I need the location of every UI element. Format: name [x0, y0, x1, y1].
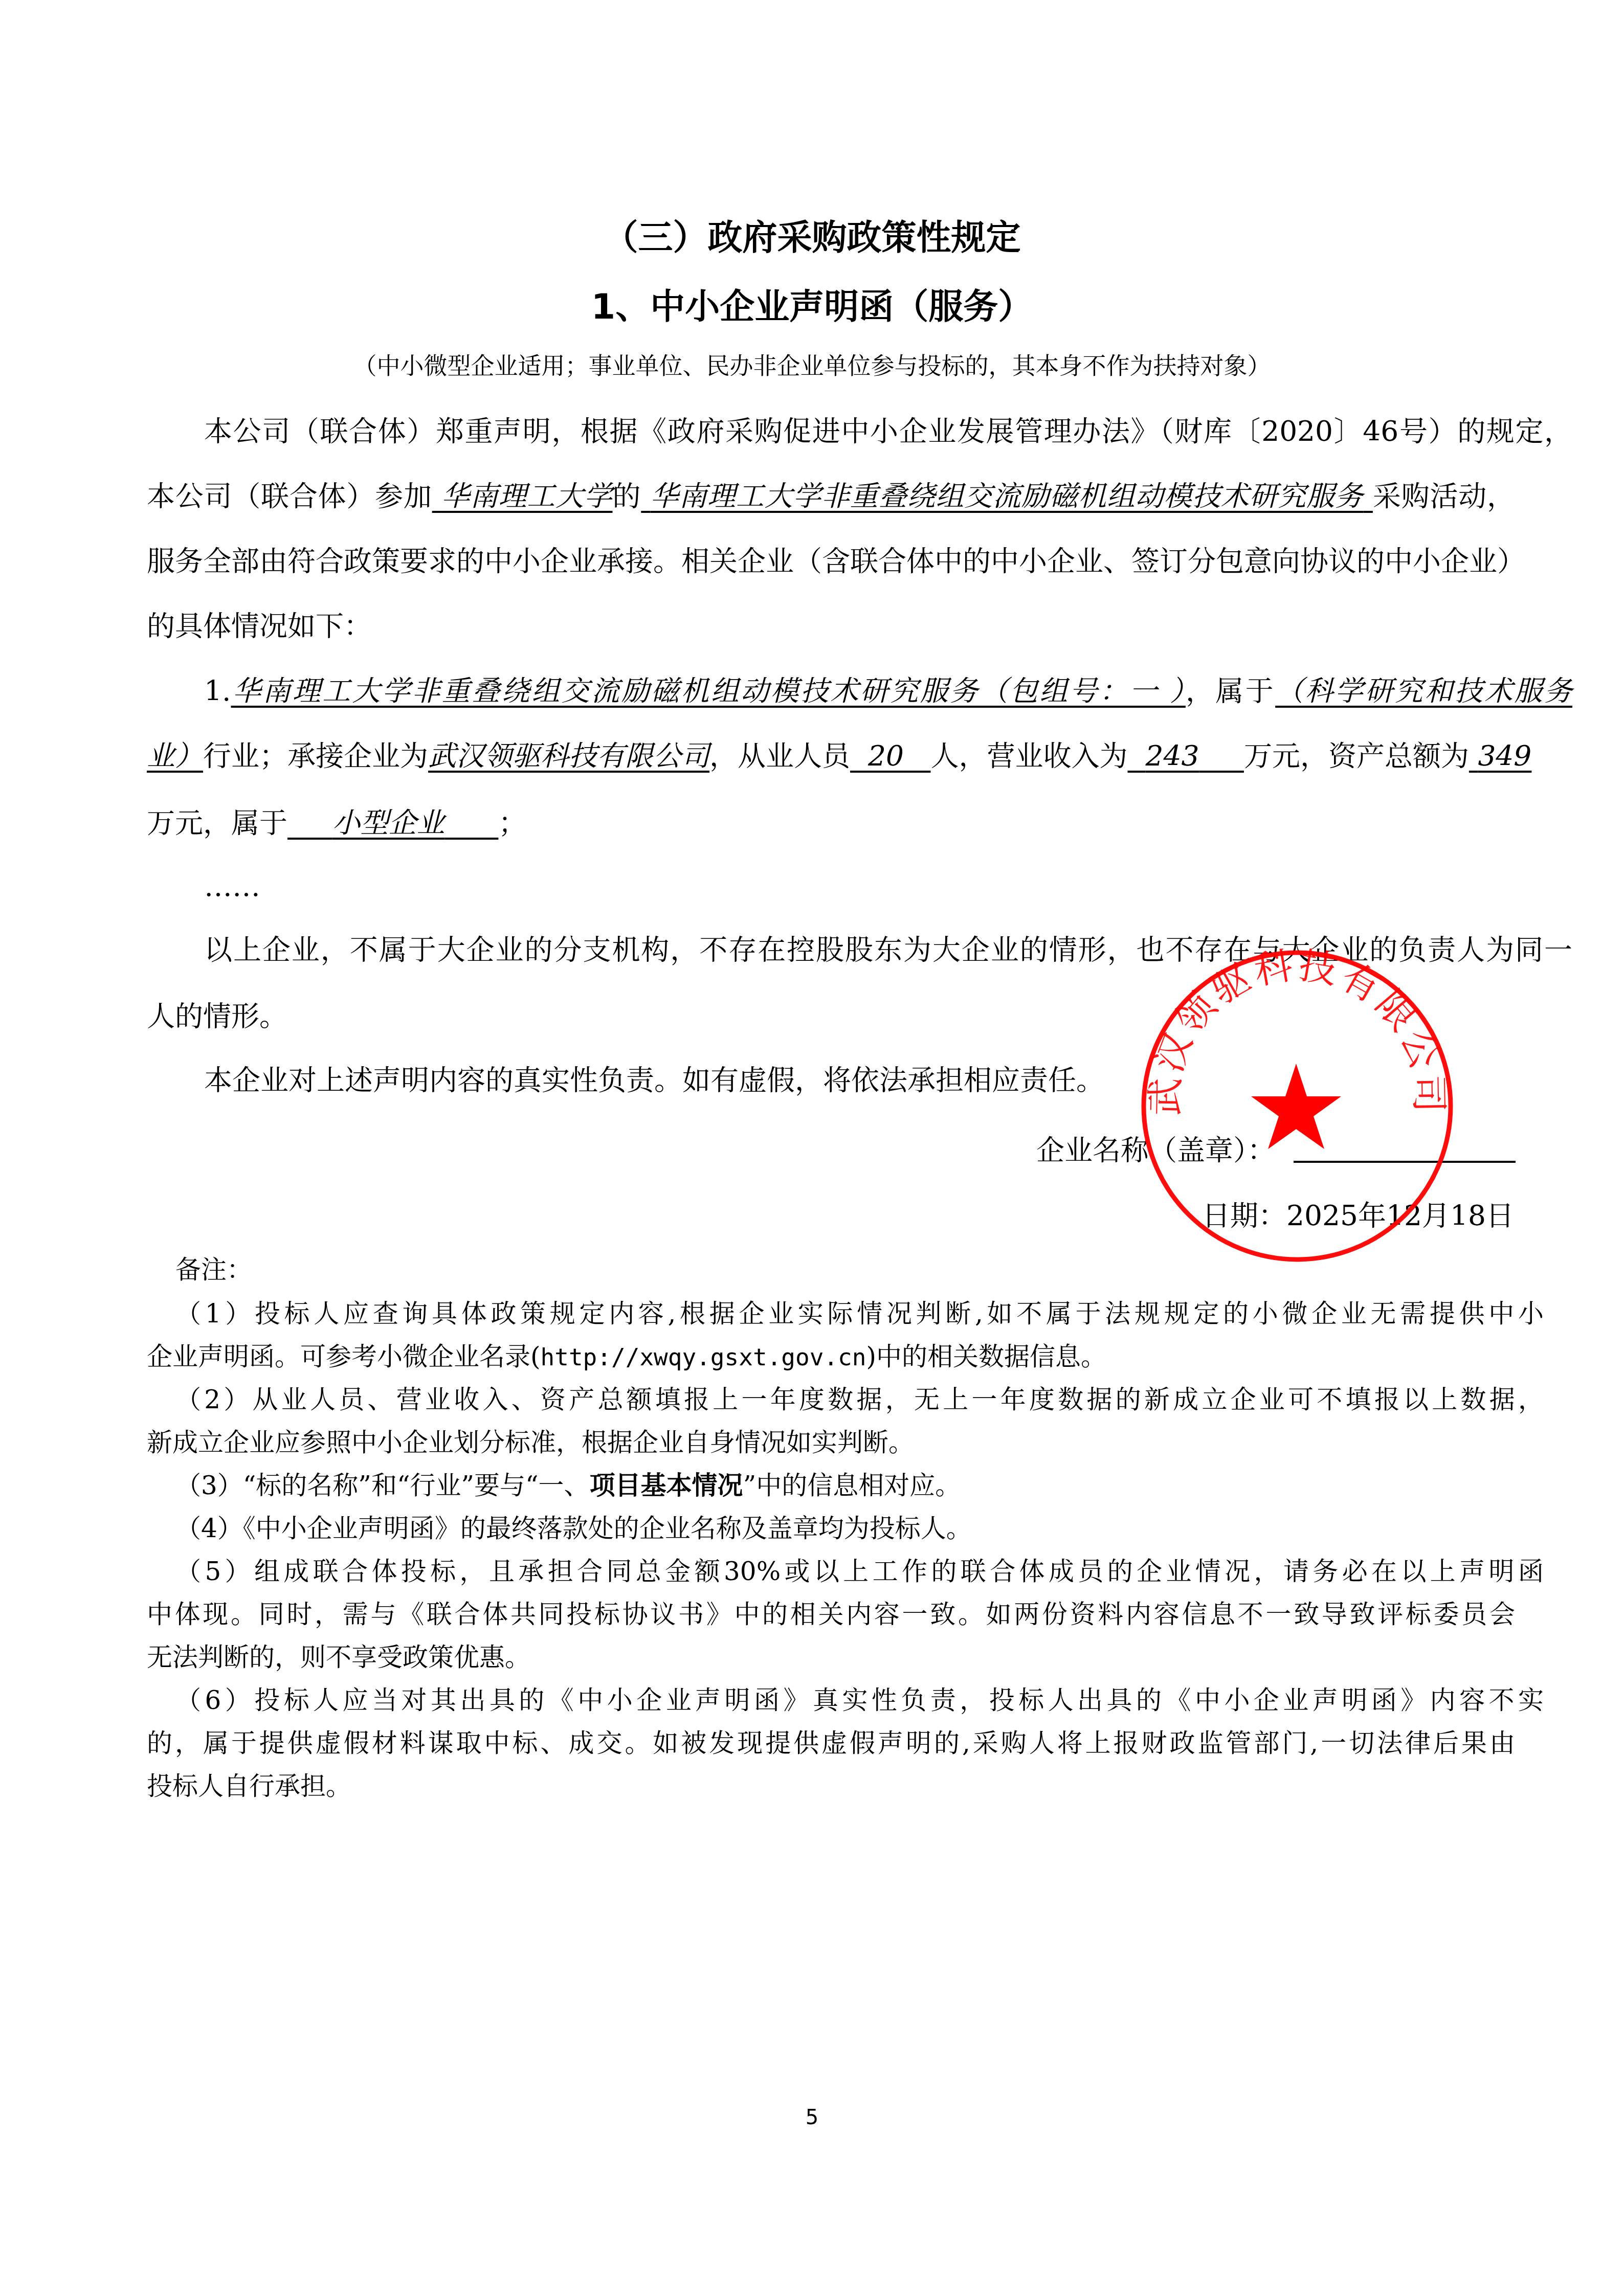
note-2-line-1: （2）从业人员、营业收入、资产总额填报上一年度数据，无上一年度数据的新成立企业可…	[147, 1387, 1544, 1412]
purchaser-name: 华南理工大学	[432, 480, 613, 512]
date-value: 2025年12月18日	[1286, 1199, 1514, 1232]
declaration-line-1: 本公司（联合体）郑重声明，根据《政府采购促进中小企业发展管理办法》（财库〔202…	[147, 417, 1572, 445]
employees-label: ，从业人员	[709, 739, 850, 772]
independence-line-2: 人的情形。	[147, 1002, 1515, 1030]
applicability-subtitle: （中小微型企业适用；事业单位、民办非企业单位参与投标的，其本身不作为扶持对象）	[0, 354, 1624, 377]
note-1-line-2: 企业声明函。可参考小微企业名录(http://xwqy.gsxt.gov.cn)…	[147, 1344, 1515, 1369]
note-5-line-3: 无法判断的，则不享受政策优惠。	[147, 1645, 1515, 1670]
note-6-line-1: （6）投标人应当对其出具的《中小企业声明函》真实性负责，投标人出具的《中小企业声…	[147, 1687, 1544, 1713]
industry-name-part-1: （科学研究和技术服务	[1275, 674, 1572, 707]
declaration-line-3: 服务全部由符合政策要求的中小企业承接。相关企业（含联合体中的中小企业、签订分包意…	[147, 547, 1515, 575]
note-1-text-b: )中的相关数据信息。	[866, 1342, 1107, 1371]
document-title: 1、中小企业声明函（服务）	[0, 290, 1624, 325]
ellipsis: ……	[147, 872, 1572, 901]
company-seal-label: 企业名称（盖章）：	[1036, 1136, 1276, 1164]
document-page: （三）政府采购政策性规定 1、中小企业声明函（服务） （中小微型企业适用；事业单…	[0, 0, 1624, 2296]
assets-unit: 万元，属于	[147, 806, 287, 839]
note-5-line-2: 中体现。同时，需与《联合体共同投标协议书》中的相关内容一致。如两份资料内容信息不…	[147, 1602, 1515, 1627]
section-title: （三）政府采购政策性规定	[0, 221, 1624, 256]
note-6-line-2: 的，属于提供虚假材料谋取中标、成交。如被发现提供虚假声明的,采购人将上报财政监管…	[147, 1730, 1515, 1756]
employees-unit: 人，营业收入为	[930, 739, 1127, 772]
enterprise-item-line-2: 业）行业；承接企业为武汉领驱科技有限公司，从业人员 20 人，营业收入为 243…	[147, 742, 1515, 770]
belongs-to-label: ，属于	[1186, 674, 1275, 707]
project-name: 华南理工大学非重叠绕组交流励磁机组动模技术研究服务	[641, 480, 1373, 512]
page-number: 5	[0, 2106, 1624, 2129]
note-3-text-a: （3）“标的名称”和“行业”要与“一、	[175, 1471, 590, 1500]
declaration-line-2-mid: 的	[613, 480, 641, 512]
item-end: ；	[498, 806, 526, 839]
small-micro-enterprise-directory-link[interactable]: http://xwqy.gsxt.gov.cn	[541, 1343, 866, 1371]
declaration-line-2-suffix: 采购活动，	[1373, 480, 1515, 512]
enterprise-item-line-3: 万元，属于 小型企业 ；	[147, 809, 1515, 837]
note-1-line-1: （1）投标人应查询具体政策规定内容,根据企业实际情况判断,如不属于法规规定的小微…	[147, 1301, 1544, 1326]
declaration-line-2: 本公司（联合体）参加 华南理工大学的 华南理工大学非重叠绕组交流励磁机组动模技术…	[147, 482, 1515, 510]
declaration-line-2-prefix: 本公司（联合体）参加	[147, 480, 432, 512]
enterprise-index: 1.	[204, 674, 231, 707]
note-5-line-1: （5）组成联合体投标，且承担合同总金额30%或以上工作的联合体成员的企业情况，请…	[147, 1559, 1544, 1584]
size-class: 小型企业	[287, 806, 498, 839]
note-6-line-3: 投标人自行承担。	[147, 1773, 1515, 1799]
assets-value: 349	[1469, 739, 1531, 772]
industry-name-part-2: 业）	[147, 739, 203, 772]
enterprise-item-line-1: 1.华南理工大学非重叠绕组交流励磁机组动模技术研究服务（包组号：一 ），属于（科…	[147, 677, 1572, 705]
notes-heading: 备注：	[175, 1257, 252, 1282]
date-line: 日期：2025年12月18日	[1202, 1202, 1514, 1230]
note-3: （3）“标的名称”和“行业”要与“一、项目基本情况”中的信息相对应。	[147, 1473, 1544, 1498]
note-4: （4）《中小企业声明函》的最终落款处的企业名称及盖章均为投标人。	[147, 1516, 1544, 1541]
revenue-value: 243	[1128, 739, 1244, 772]
lot-name: 华南理工大学非重叠绕组交流励磁机组动模技术研究服务（包组号：一 ）	[231, 674, 1185, 707]
date-label: 日期：	[1202, 1199, 1286, 1232]
revenue-unit: 万元，资产总额为	[1244, 739, 1469, 772]
company-name: 武汉领驱科技有限公司	[428, 739, 709, 772]
declaration-line-4: 的具体情况如下：	[147, 612, 1515, 640]
industry-suffix: 行业；承接企业为	[203, 739, 428, 772]
signature-blank-line	[1294, 1161, 1516, 1163]
note-1-text-a: 企业声明函。可参考小微企业名录(	[147, 1342, 541, 1371]
note-3-bold-reference: 项目基本情况	[590, 1471, 743, 1500]
independence-line-1: 以上企业，不属于大企业的分支机构，不存在控股股东为大企业的情形，也不存在与大企业…	[147, 936, 1572, 964]
employees-value: 20	[850, 739, 930, 772]
note-3-text-b: ”中的信息相对应。	[743, 1471, 961, 1500]
truthfulness-statement: 本企业对上述声明内容的真实性负责。如有虚假，将依法承担相应责任。	[147, 1066, 1572, 1094]
note-2-line-2: 新成立企业应参照中小企业划分标准，根据企业自身情况如实判断。	[147, 1430, 1515, 1455]
